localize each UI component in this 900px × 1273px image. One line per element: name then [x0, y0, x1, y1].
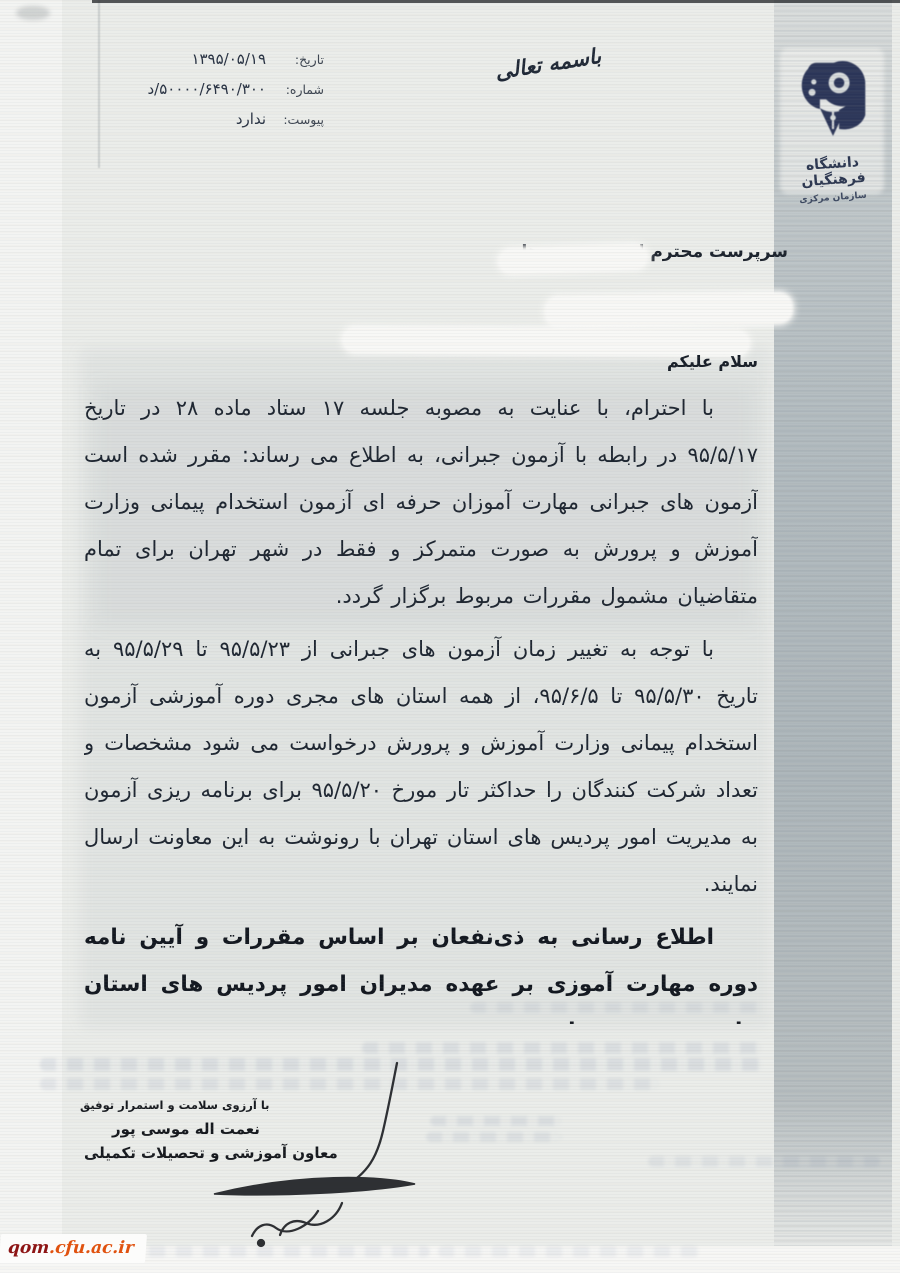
- attachment-label: پیوست:: [266, 112, 324, 127]
- date-value: ۱۳۹۵/۰۵/۱۹: [96, 50, 266, 68]
- university-subtitle: سازمان مرکزی: [774, 189, 892, 207]
- handwritten-signature-icon: [130, 1055, 450, 1255]
- whiteout-smudge: [498, 243, 649, 274]
- watermark-suffix: .cfu.ac.ir: [49, 1238, 135, 1258]
- farhangian-university-logo-icon: [785, 52, 881, 152]
- number-value: د/۵۰۰۰۰/۶۴۹۰/۳۰۰: [96, 80, 266, 98]
- paragraph-1: با احترام، با عنایت به مصوبه جلسه ۱۷ ستا…: [84, 385, 758, 620]
- page-top-edge: [92, 0, 900, 3]
- date-label: تاریخ:: [266, 52, 324, 67]
- letterhead-side-band: دانشگاه فرهنگیان سازمان مرکزی: [774, 0, 892, 1247]
- letter-body: سلام علیکم با احترام، با عنایت به مصوبه …: [84, 352, 758, 1024]
- whiteout-smudge: [545, 292, 794, 328]
- reference-fields: تاریخ: ۱۳۹۵/۰۵/۱۹ شماره: د/۵۰۰۰۰/۶۴۹۰/۳۰…: [68, 50, 324, 140]
- attachment-row: پیوست: ندارد: [68, 110, 324, 128]
- paragraph-3: اطلاع رسانی به ذی‌نفعان بر اساس مقررات و…: [84, 914, 758, 1024]
- salutation: سلام علیکم: [84, 352, 758, 371]
- bleedthrough-row: [362, 1042, 762, 1054]
- site-watermark: qom.cfu.ac.ir: [0, 1234, 147, 1263]
- university-name: دانشگاه فرهنگیان: [773, 152, 893, 192]
- number-label: شماره:: [266, 82, 324, 97]
- corner-smudge: [16, 6, 50, 20]
- date-row: تاریخ: ۱۳۹۵/۰۵/۱۹: [68, 50, 324, 68]
- scanned-letter-page: دانشگاه فرهنگیان سازمان مرکزی نشانی: شهر…: [0, 0, 900, 1273]
- scanner-left-margin: [0, 0, 62, 1273]
- bismillah-calligraphy: باسمه تعالی: [467, 40, 629, 89]
- number-row: شماره: د/۵۰۰۰۰/۶۴۹۰/۳۰۰: [68, 80, 324, 98]
- paragraph-2: با توجه به تغییر زمان آزمون های جبرانی ا…: [84, 626, 758, 908]
- attachment-value: ندارد: [96, 110, 266, 128]
- watermark-prefix: qom: [7, 1238, 50, 1258]
- university-logo-block: دانشگاه فرهنگیان سازمان مرکزی: [774, 52, 892, 203]
